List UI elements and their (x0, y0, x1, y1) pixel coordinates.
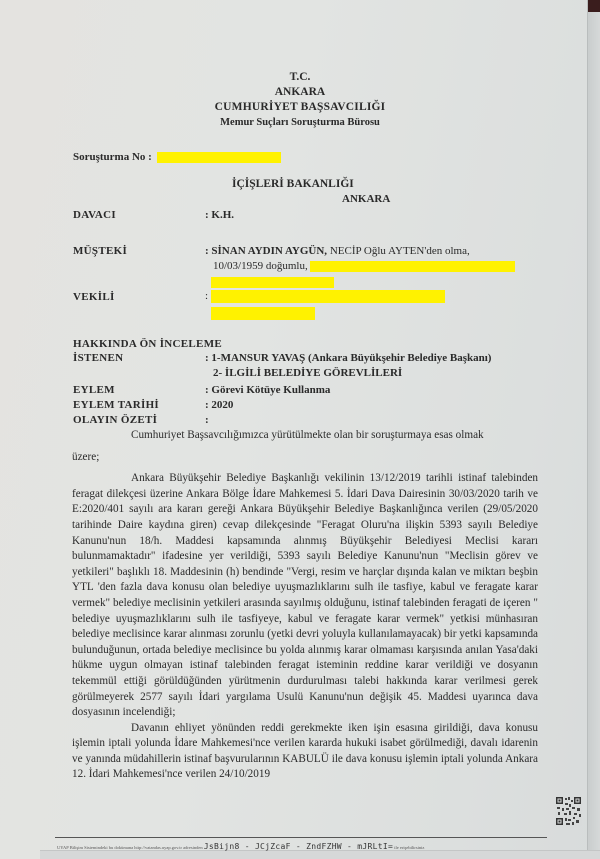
footer-prefix: UYAP Bilişim Sistemindeki bu dokümana ht… (57, 845, 203, 850)
complainant-name: : SİNAN AYDIN AYGÜN, (205, 245, 327, 257)
act-label: EYLEM (73, 384, 115, 396)
complainant-detail: NECİP Oğlu AYTEN'den olma, (327, 245, 470, 257)
investigation-number-row: Soruşturma No : (73, 151, 281, 163)
attorney-name-redaction (211, 290, 445, 303)
addressee-name: İÇİŞLERİ BAKANLIĞI (232, 178, 354, 190)
footer-suffix: ile erişebilirsiniz (394, 845, 424, 850)
body-paragraph-1-cont: üzere; (72, 450, 538, 466)
complainant-birth: 10/03/1959 doğumlu, (213, 260, 308, 272)
plaintiff-label: DAVACI (73, 209, 116, 221)
attorney-label: VEKİLİ (73, 291, 115, 303)
header-bureau: Memur Suçları Soruşturma Bürosu (0, 115, 600, 130)
investigation-number-redaction (157, 152, 281, 163)
summary-colon: : (205, 414, 209, 426)
complainant-address-redaction-2 (211, 277, 334, 288)
footer-verification: UYAP Bilişim Sistemindeki bu dokümana ht… (57, 842, 424, 851)
act-value: : Görevi Kötüye Kullanma (205, 384, 330, 396)
document-body: Cumhuriyet Başsavcılığımızca yürütülmekt… (72, 428, 538, 783)
body-paragraph-3: Davanın ehliyet yönünden reddi gerekmekt… (72, 721, 538, 783)
qr-code-icon (555, 796, 582, 826)
footer-divider (55, 837, 547, 838)
complainant-line-1: : SİNAN AYDIN AYGÜN, NECİP Oğlu AYTEN'de… (205, 245, 470, 257)
page-bottom-edge (40, 850, 600, 859)
investigation-number-label: Soruşturma No : (73, 151, 152, 163)
summary-label: OLAYIN ÖZETİ (73, 414, 157, 426)
addressee-city: ANKARA (342, 193, 390, 205)
header-office: CUMHURİYET BAŞSAVCILIĞI (0, 100, 600, 115)
complainant-address-redaction (310, 261, 515, 272)
section-title: HAKKINDA ÖN İNCELEME (73, 338, 222, 350)
plaintiff-value: : K.H. (205, 209, 234, 221)
header-city: ANKARA (0, 85, 600, 100)
body-paragraph-1: Cumhuriyet Başsavcılığımızca yürütülmekt… (72, 428, 538, 444)
attorney-value: : (205, 290, 445, 303)
verification-code: JsBijn8 - JCjZcaF - ZndFZHW - mJRLtI= (204, 842, 393, 851)
header-country: T.C. (0, 70, 600, 85)
requested-label: İSTENEN (73, 352, 123, 364)
body-paragraph-2: Ankara Büyükşehir Belediye Başkanlığı ve… (72, 471, 538, 721)
act-date-value: : 2020 (205, 399, 233, 411)
page-corner (588, 0, 600, 12)
document-header: T.C. ANKARA CUMHURİYET BAŞSAVCILIĞI Memu… (0, 70, 600, 130)
act-date-label: EYLEM TARİHİ (73, 399, 159, 411)
requested-person-1: : 1-MANSUR YAVAŞ (Ankara Büyükşehir Bele… (205, 352, 491, 364)
requested-person-2: 2- İLGİLİ BELEDİYE GÖREVLİLERİ (213, 367, 402, 379)
attorney-colon: : (205, 290, 208, 302)
complainant-label: MÜŞTEKİ (73, 245, 127, 257)
complainant-line-2: 10/03/1959 doğumlu, (213, 260, 515, 272)
attorney-address-redaction (211, 307, 315, 320)
